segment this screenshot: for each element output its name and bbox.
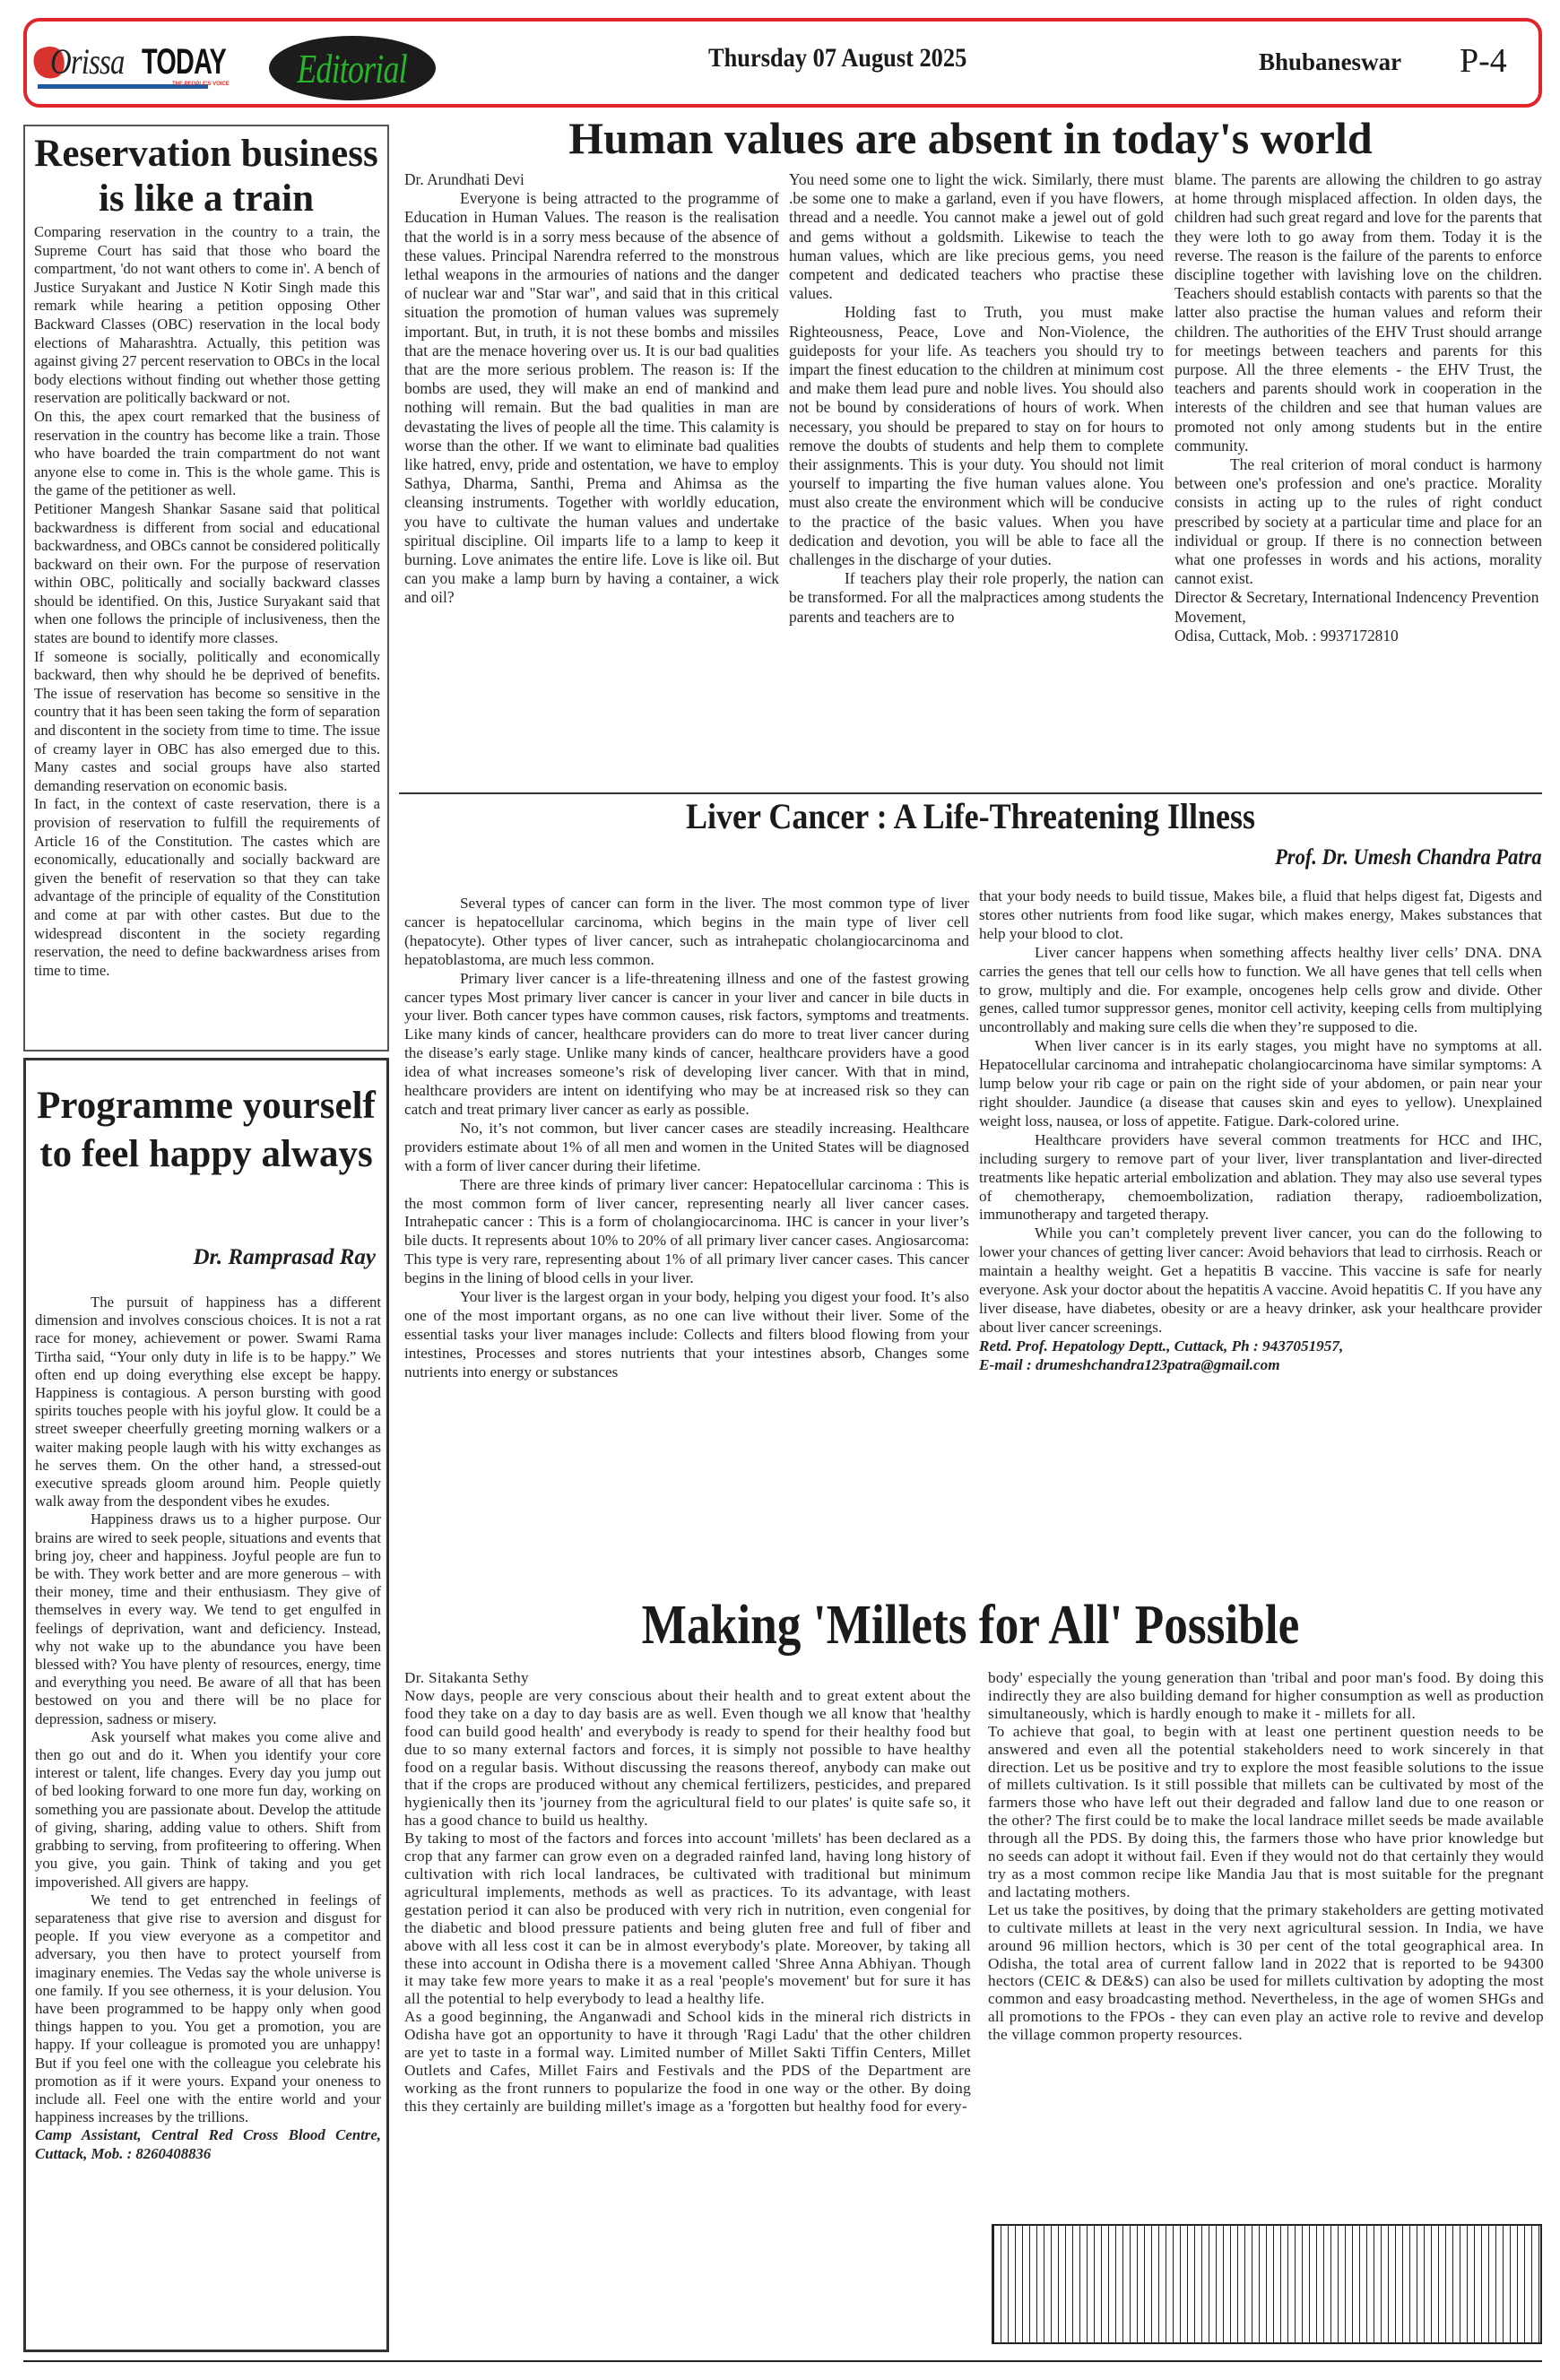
author-contact: Director & Secretary, International Inde… bbox=[1174, 588, 1542, 626]
paragraph: We tend to get entrenched in feelings of… bbox=[35, 1891, 381, 2127]
paragraph: To achieve that goal, to begin with at l… bbox=[988, 1723, 1544, 1901]
article-column: Several types of cancer can form in the … bbox=[404, 895, 969, 1382]
author-contact: Camp Assistant, Central Red Cross Blood … bbox=[35, 2126, 381, 2162]
article-author: Dr. Ramprasad Ray bbox=[193, 1245, 376, 1270]
paragraph: There are three kinds of primary liver c… bbox=[404, 1176, 969, 1288]
paragraph: Everyone is being attracted to the progr… bbox=[404, 189, 779, 607]
barcode-filler-graphic bbox=[992, 2224, 1542, 2344]
section-badge-editorial: Editorial bbox=[269, 36, 436, 100]
paragraph: Comparing reservation in the country to … bbox=[34, 223, 380, 408]
logo-orissa-text: Orissa bbox=[50, 41, 125, 82]
issue-date: Thursday 07 August 2025 bbox=[708, 43, 966, 74]
article-reservation: Reservation business is like a train Com… bbox=[23, 125, 389, 1052]
paragraph: While you can’t completely prevent liver… bbox=[979, 1225, 1542, 1337]
paragraph: The pursuit of happiness has a different… bbox=[35, 1294, 381, 1510]
article-column: Dr. Arundhati Devi Everyone is being att… bbox=[404, 170, 779, 608]
article-author: Dr. Arundhati Devi bbox=[404, 170, 779, 189]
paragraph: that your body needs to build tissue, Ma… bbox=[979, 887, 1542, 944]
paragraph: No, it’s not common, but liver cancer ca… bbox=[404, 1120, 969, 1176]
paragraph: Now days, people are very conscious abou… bbox=[404, 1687, 971, 1830]
paragraph: Primary liver cancer is a life-threateni… bbox=[404, 970, 969, 1120]
edition-city: Bhubaneswar bbox=[1259, 48, 1401, 76]
paragraph: Your liver is the largest organ in your … bbox=[404, 1288, 969, 1382]
article-title: Programme yourself to feel happy always bbox=[26, 1082, 386, 1179]
article-column: body' especially the young generation th… bbox=[988, 1669, 1544, 2044]
headline-human-values: Human values are absent in today's world bbox=[399, 113, 1542, 163]
article-column: You need some one to light the wick. Sim… bbox=[789, 170, 1164, 627]
logo-today-text: TODAY bbox=[142, 41, 226, 82]
section-label: Editorial bbox=[298, 45, 408, 92]
article-author: Dr. Sitakanta Sethy bbox=[404, 1669, 971, 1687]
article-body: The pursuit of happiness has a different… bbox=[35, 1294, 381, 2163]
orissa-today-logo[interactable]: Orissa TODAY THE PEOPLE'S VOICE bbox=[34, 41, 231, 95]
paragraph: In fact, in the context of caste reserva… bbox=[34, 795, 380, 980]
divider bbox=[23, 2360, 400, 2362]
paragraph: When liver cancer is in its early stages… bbox=[979, 1037, 1542, 1131]
paragraph: If teachers play their role properly, th… bbox=[789, 569, 1164, 627]
paragraph: By taking to most of the factors and for… bbox=[404, 1830, 971, 2008]
author-contact: Retd. Prof. Hepatology Deptt., Cuttack, … bbox=[979, 1337, 1542, 1356]
paragraph: On this, the apex court remarked that th… bbox=[34, 408, 380, 500]
paragraph: body' especially the young generation th… bbox=[988, 1669, 1544, 1723]
headline-millets: Making 'Millets for All' Possible bbox=[479, 1594, 1462, 1657]
article-body: Comparing reservation in the country to … bbox=[34, 223, 380, 980]
paragraph: As a good beginning, the Anganwadi and S… bbox=[404, 2008, 971, 2115]
paragraph: Holding fast to Truth, you must make Rig… bbox=[789, 303, 1164, 569]
article-column: that your body needs to build tissue, Ma… bbox=[979, 887, 1542, 1375]
masthead: Orissa TODAY THE PEOPLE'S VOICE Editoria… bbox=[23, 18, 1542, 108]
divider bbox=[399, 792, 1542, 794]
paragraph: blame. The parents are allowing the chil… bbox=[1174, 170, 1542, 455]
article-column: Dr. Sitakanta Sethy Now days, people are… bbox=[404, 1669, 971, 2116]
headline-liver-cancer: Liver Cancer : A Life-Threatening Illnes… bbox=[456, 796, 1486, 837]
article-author: Prof. Dr. Umesh Chandra Patra bbox=[1275, 845, 1542, 870]
paragraph: Liver cancer happens when something affe… bbox=[979, 944, 1542, 1038]
divider bbox=[394, 2360, 1542, 2362]
article-happiness: Programme yourself to feel happy always … bbox=[23, 1058, 389, 2352]
paragraph: Several types of cancer can form in the … bbox=[404, 895, 969, 970]
page-number: P-4 bbox=[1460, 41, 1507, 81]
paragraph: Ask yourself what makes you come alive a… bbox=[35, 1728, 381, 1891]
author-contact: Odisa, Cuttack, Mob. : 9937172810 bbox=[1174, 627, 1542, 645]
paragraph: You need some one to light the wick. Sim… bbox=[789, 170, 1164, 303]
paragraph: If someone is socially, politically and … bbox=[34, 648, 380, 796]
logo-tagline: THE PEOPLE'S VOICE bbox=[172, 82, 230, 87]
paragraph: Healthcare providers have several common… bbox=[979, 1131, 1542, 1225]
paragraph: Petitioner Mangesh Shankar Sasane said t… bbox=[34, 500, 380, 648]
paragraph: Let us take the positives, by doing that… bbox=[988, 1901, 1544, 2044]
article-title: Reservation business is like a train bbox=[25, 132, 387, 221]
article-column: blame. The parents are allowing the chil… bbox=[1174, 170, 1542, 645]
paragraph: The real criterion of moral conduct is h… bbox=[1174, 455, 1542, 588]
author-email[interactable]: E-mail : drumeshchandra123patra@gmail.co… bbox=[979, 1356, 1542, 1375]
paragraph: Happiness draws us to a higher purpose. … bbox=[35, 1510, 381, 1727]
